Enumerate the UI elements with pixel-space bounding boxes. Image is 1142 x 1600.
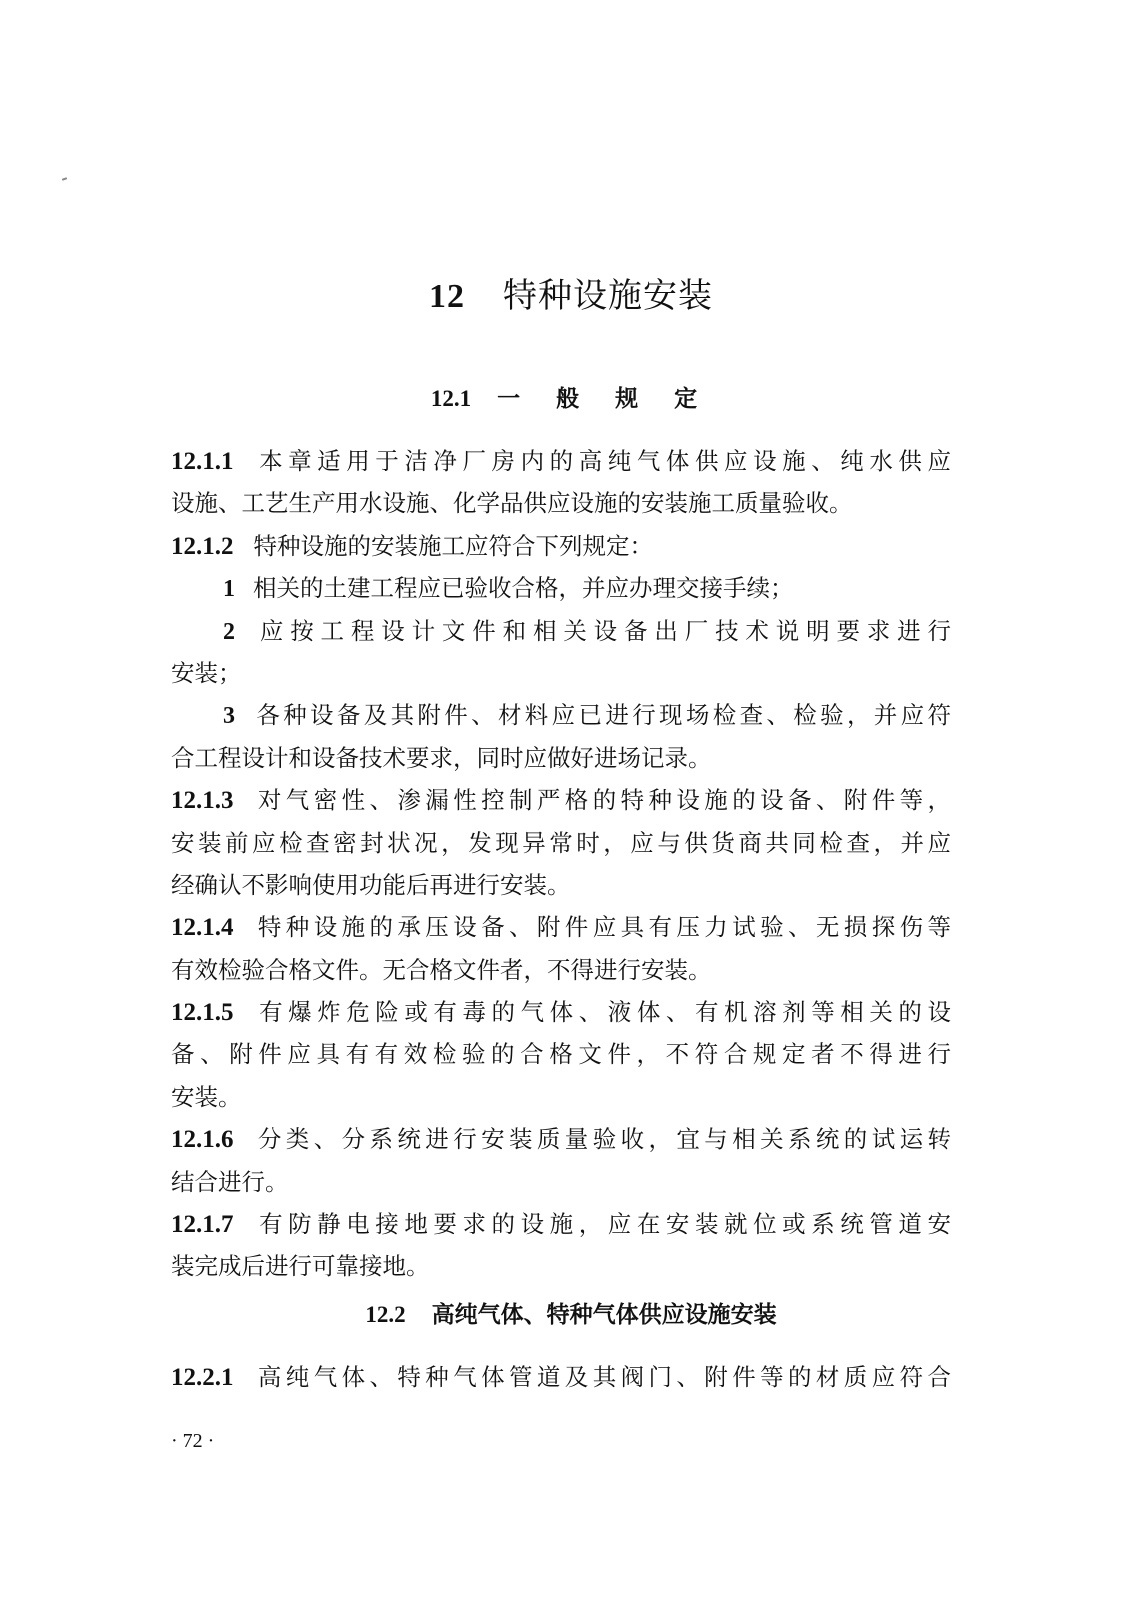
clause-12-1-6: 12.1.6分类、分系统进行安装质量验收，宜与相关系统的试运转 xyxy=(171,1118,951,1160)
clause-12-1-1: 12.1.1本章适用于洁净厂房内的高纯气体供应设施、纯水供应 xyxy=(171,440,951,482)
clause-number: 12.1.4 xyxy=(171,914,234,941)
clause-text: 经确认不影响使用功能后再进行安装。 xyxy=(171,871,571,899)
clause-text-line: 安装。 xyxy=(171,1076,951,1118)
clause-text: 本章适用于洁净厂房内的高纯气体供应设施、纯水供应 xyxy=(254,447,952,475)
item-text: 合工程设计和设备技术要求，同时应做好进场记录。 xyxy=(171,744,712,772)
item-number: 3 xyxy=(223,703,235,729)
clause-text: 安装。 xyxy=(171,1083,242,1111)
item-number: 2 xyxy=(223,619,235,645)
section-heading-12-1: 12.1一 般 规 定 xyxy=(0,380,1142,413)
section-12-2-body: 12.2.1高纯气体、特种气体管道及其阀门、附件等的材质应符合 xyxy=(171,1356,951,1398)
section-title-text: 高纯气体、特种气体供应设施安装 xyxy=(432,1301,777,1328)
clause-12-1-7: 12.1.7有防静电接地要求的设施，应在安装就位或系统管道安 xyxy=(171,1203,951,1245)
section-number: 12.1 xyxy=(431,386,471,411)
clause-text-line: 有效检验合格文件。无合格文件者，不得进行安装。 xyxy=(171,949,951,991)
item-text-line: 合工程设计和设备技术要求，同时应做好进场记录。 xyxy=(171,737,951,779)
clause-text-line: 装完成后进行可靠接地。 xyxy=(171,1245,951,1287)
item-text: 各种设备及其附件、材料应已进行现场检查、检验，并应符 xyxy=(253,701,951,729)
clause-12-1-3: 12.1.3对气密性、渗漏性控制严格的特种设施的设备、附件等， xyxy=(171,779,951,821)
clause-text: 设施、工艺生产用水设施、化学品供应设施的安装施工质量验收。 xyxy=(171,489,853,517)
scan-artifact xyxy=(62,177,67,181)
chapter-title: 12特种设施安装 xyxy=(0,268,1142,317)
section-12-1-body: 12.1.1本章适用于洁净厂房内的高纯气体供应设施、纯水供应 设施、工艺生产用水… xyxy=(171,440,951,1288)
clause-text: 结合进行。 xyxy=(171,1168,289,1196)
item-text: 安装； xyxy=(171,659,242,687)
clause-number: 12.2.1 xyxy=(171,1364,234,1391)
clause-text-line: 设施、工艺生产用水设施、化学品供应设施的安装施工质量验收。 xyxy=(171,482,951,524)
item-text: 相关的土建工程应已验收合格，并应办理交接手续； xyxy=(253,574,794,602)
clause-number: 12.1.2 xyxy=(171,533,234,560)
clause-number: 12.1.6 xyxy=(171,1126,234,1153)
list-item-2: 2应按工程设计文件和相关设备出厂技术说明要求进行 xyxy=(171,610,951,652)
page-number: · 72 · xyxy=(171,1430,214,1453)
clause-12-1-4: 12.1.4特种设施的承压设备、附件应具有压力试验、无损探伤等 xyxy=(171,906,951,948)
clause-text: 对气密性、渗漏性控制严格的特种设施的设备、附件等， xyxy=(254,786,952,814)
clause-number: 12.1.7 xyxy=(171,1211,234,1238)
clause-12-1-5: 12.1.5有爆炸危险或有毒的气体、液体、有机溶剂等相关的设 xyxy=(171,991,951,1033)
clause-text: 安装前应检查密封状况，发现异常时，应与供货商共同检查，并应 xyxy=(171,829,951,857)
clause-text: 高纯气体、特种气体管道及其阀门、附件等的材质应符合 xyxy=(254,1363,952,1391)
clause-number: 12.1.3 xyxy=(171,787,234,814)
clause-text: 有防静电接地要求的设施，应在安装就位或系统管道安 xyxy=(254,1210,952,1238)
clause-text: 装完成后进行可靠接地。 xyxy=(171,1252,430,1280)
item-text-line: 安装； xyxy=(171,652,951,694)
clause-text-line: 结合进行。 xyxy=(171,1161,951,1203)
clause-number: 12.1.1 xyxy=(171,448,234,475)
clause-text-line: 安装前应检查密封状况，发现异常时，应与供货商共同检查，并应 xyxy=(171,822,951,864)
clause-text: 有爆炸危险或有毒的气体、液体、有机溶剂等相关的设 xyxy=(254,998,952,1026)
chapter-number: 12 xyxy=(429,278,465,315)
list-item-3: 3各种设备及其附件、材料应已进行现场检查、检验，并应符 xyxy=(171,694,951,736)
item-text: 应按工程设计文件和相关设备出厂技术说明要求进行 xyxy=(253,617,951,645)
document-page: 12特种设施安装 12.1一 般 规 定 12.1.1本章适用于洁净厂房内的高纯… xyxy=(0,0,1142,1600)
section-heading-12-2: 12.2高纯气体、特种气体供应设施安装 xyxy=(0,1296,1142,1329)
clause-12-2-1: 12.2.1高纯气体、特种气体管道及其阀门、附件等的材质应符合 xyxy=(171,1356,951,1398)
clause-number: 12.1.5 xyxy=(171,999,234,1026)
clause-text: 有效检验合格文件。无合格文件者，不得进行安装。 xyxy=(171,956,712,984)
clause-text: 特种设施的承压设备、附件应具有压力试验、无损探伤等 xyxy=(254,913,952,941)
clause-text-line: 经确认不影响使用功能后再进行安装。 xyxy=(171,864,951,906)
chapter-title-text: 特种设施安装 xyxy=(503,276,713,316)
clause-text: 特种设施的安装施工应符合下列规定： xyxy=(254,532,654,560)
section-title-text: 一 般 规 定 xyxy=(497,385,711,412)
item-number: 1 xyxy=(223,576,235,602)
clause-12-1-2: 12.1.2特种设施的安装施工应符合下列规定： xyxy=(171,525,951,567)
clause-text-line: 备、附件应具有有效检验的合格文件，不符合规定者不得进行 xyxy=(171,1033,951,1075)
clause-text: 备、附件应具有有效检验的合格文件，不符合规定者不得进行 xyxy=(171,1040,951,1068)
list-item-1: 1相关的土建工程应已验收合格，并应办理交接手续； xyxy=(171,567,951,609)
clause-text: 分类、分系统进行安装质量验收，宜与相关系统的试运转 xyxy=(254,1125,952,1153)
section-number: 12.2 xyxy=(365,1302,405,1327)
